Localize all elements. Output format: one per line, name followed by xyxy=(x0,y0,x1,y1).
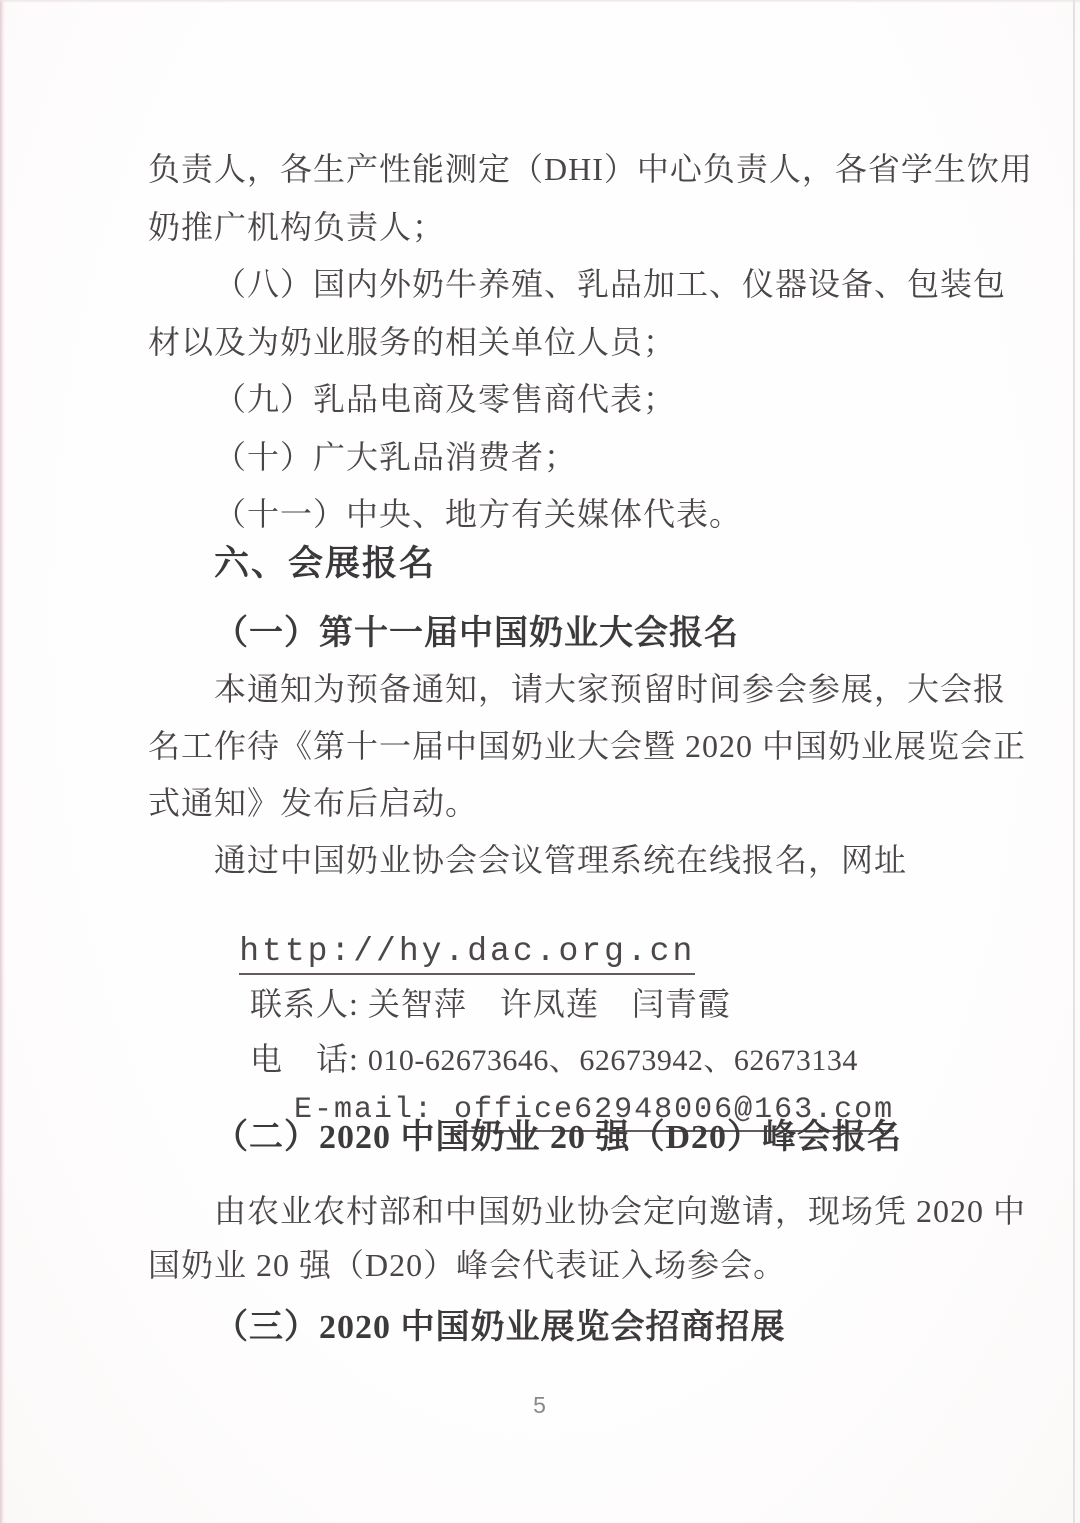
paragraph-line: 本通知为预备通知，请大家预留时间参会参展，大会报 xyxy=(214,670,1006,708)
page-left-edge-shading xyxy=(0,0,5,1523)
subsection-2-heading: （二）2020 中国奶业 20 强（D20）峰会报名 xyxy=(214,1118,902,1159)
list-item-11: （十一）中央、地方有关媒体代表。 xyxy=(214,495,742,533)
list-item-8-line: （八）国内外奶牛养殖、乳品加工、仪器设备、包装包 xyxy=(214,265,1006,303)
paragraph-line: 负责人，各生产性能测定（DHI）中心负责人，各省学生饮用 xyxy=(148,150,1033,188)
paragraph-line: 由农业农村部和中国奶业协会定向邀请，现场凭 2020 中 xyxy=(214,1192,1026,1230)
scanned-document-page: 负责人，各生产性能测定（DHI）中心负责人，各省学生饮用 奶推广机构负责人； （… xyxy=(0,0,1080,1523)
paragraph-line: 国奶业 20 强（D20）峰会代表证入场参会。 xyxy=(148,1246,786,1284)
page-top-edge-shading xyxy=(0,0,1080,3)
list-item-10: （十）广大乳品消费者； xyxy=(214,438,577,476)
paragraph-line: 名工作待《第十一届中国奶业大会暨 2020 中国奶业展览会正 xyxy=(148,727,1026,765)
page-number: 5 xyxy=(0,1392,1080,1419)
subsection-1-heading: （一）第十一届中国奶业大会报名 xyxy=(214,614,739,655)
section-6-heading: 六、会展报名 xyxy=(214,543,436,585)
paragraph-line: 式通知》发布后启动。 xyxy=(148,784,478,822)
list-item-9: （九）乳品电商及零售商代表； xyxy=(214,380,676,418)
page-right-edge-shading xyxy=(1073,0,1075,1523)
subsection-3-heading: （三）2020 中国奶业展览会招商招展 xyxy=(214,1308,786,1349)
list-item-8-line: 材以及为奶业服务的相关单位人员； xyxy=(148,323,676,361)
paragraph-line: 奶推广机构负责人； xyxy=(148,208,445,246)
paragraph-line: 通过中国奶业协会会议管理系统在线报名，网址 xyxy=(214,841,907,879)
